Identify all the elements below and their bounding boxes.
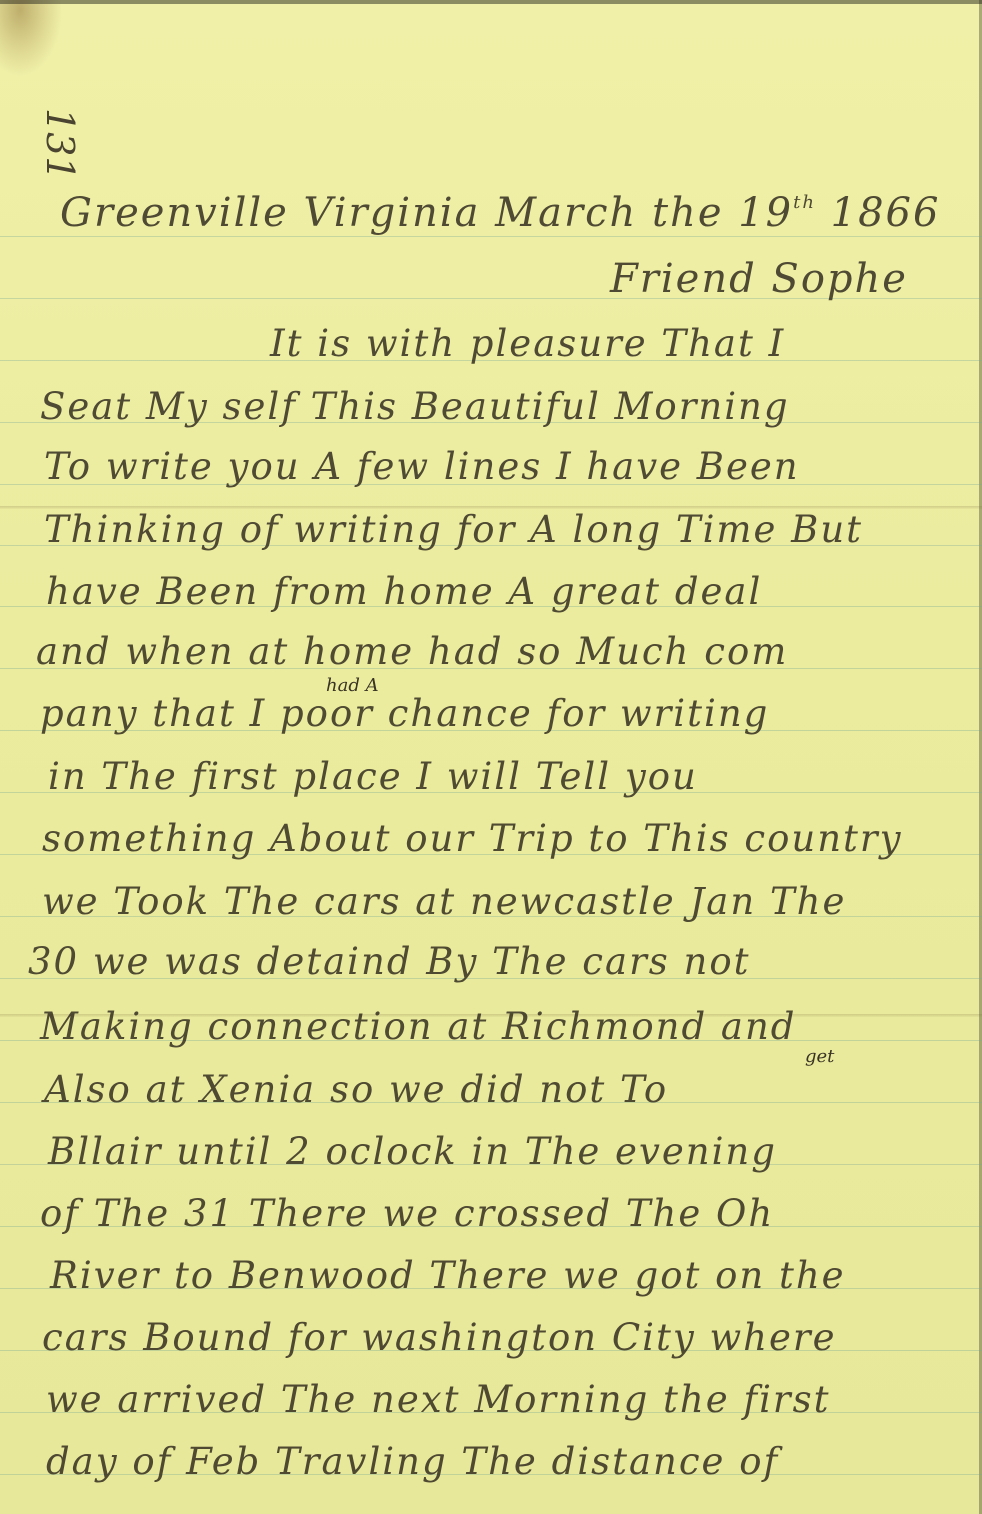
letter-line: we Took The cars at newcastle Jan The [42, 880, 846, 923]
letter-line: To write you A few lines I have Been [44, 445, 800, 488]
letter-place-date: Greenville Virginia March the 19th 1866 [60, 190, 940, 236]
letter-line: Seat My self This Beautiful Morning [40, 385, 790, 428]
letter-line: day of Feb Travling The distance of [46, 1440, 779, 1483]
letter-line: River to Benwood There we got on the [50, 1254, 846, 1297]
interlinear-insertion: get [805, 1046, 834, 1067]
letter-line: have Been from home A great deal [46, 570, 762, 613]
letter-line: Bllair until 2 oclock in The evening [48, 1130, 777, 1173]
ruled-line [0, 236, 982, 237]
letter-line: in The first place I will Tell you [48, 755, 698, 798]
letter-line: Making connection at Richmond and [40, 1005, 796, 1048]
letter-line: cars Bound for washington City where [42, 1316, 837, 1359]
letter-line: It is with pleasure That I [270, 322, 785, 365]
letter-line: of The 31 There we crossed The Oh [40, 1192, 774, 1235]
letter-line: we arrived The next Morning the first [46, 1378, 830, 1421]
letter-line-text: 30 we was detaind By The cars not [28, 940, 750, 983]
place: Greenville Virginia [60, 190, 480, 236]
letter-line: pany that I poor chance for writing [40, 692, 769, 735]
letter-line: and when at home had so Much com [36, 630, 788, 673]
letter-page: 131 Greenville Virginia March the 19th 1… [0, 0, 982, 1514]
date-suffix: th [793, 192, 816, 213]
letter-line: Also at Xenia so we did not To [44, 1068, 668, 1111]
letter-line: Thinking of writing for A long Time But [44, 508, 863, 551]
letter-line: 30 we was detaind By The cars not [28, 940, 750, 983]
letter-line: something About our Trip to This country [42, 817, 903, 860]
page-number: 131 [38, 108, 82, 181]
date: March the 19 [495, 190, 793, 236]
page-top-edge [0, 0, 982, 4]
salutation: Friend Sophe [610, 256, 908, 302]
year: 1866 [831, 190, 941, 236]
